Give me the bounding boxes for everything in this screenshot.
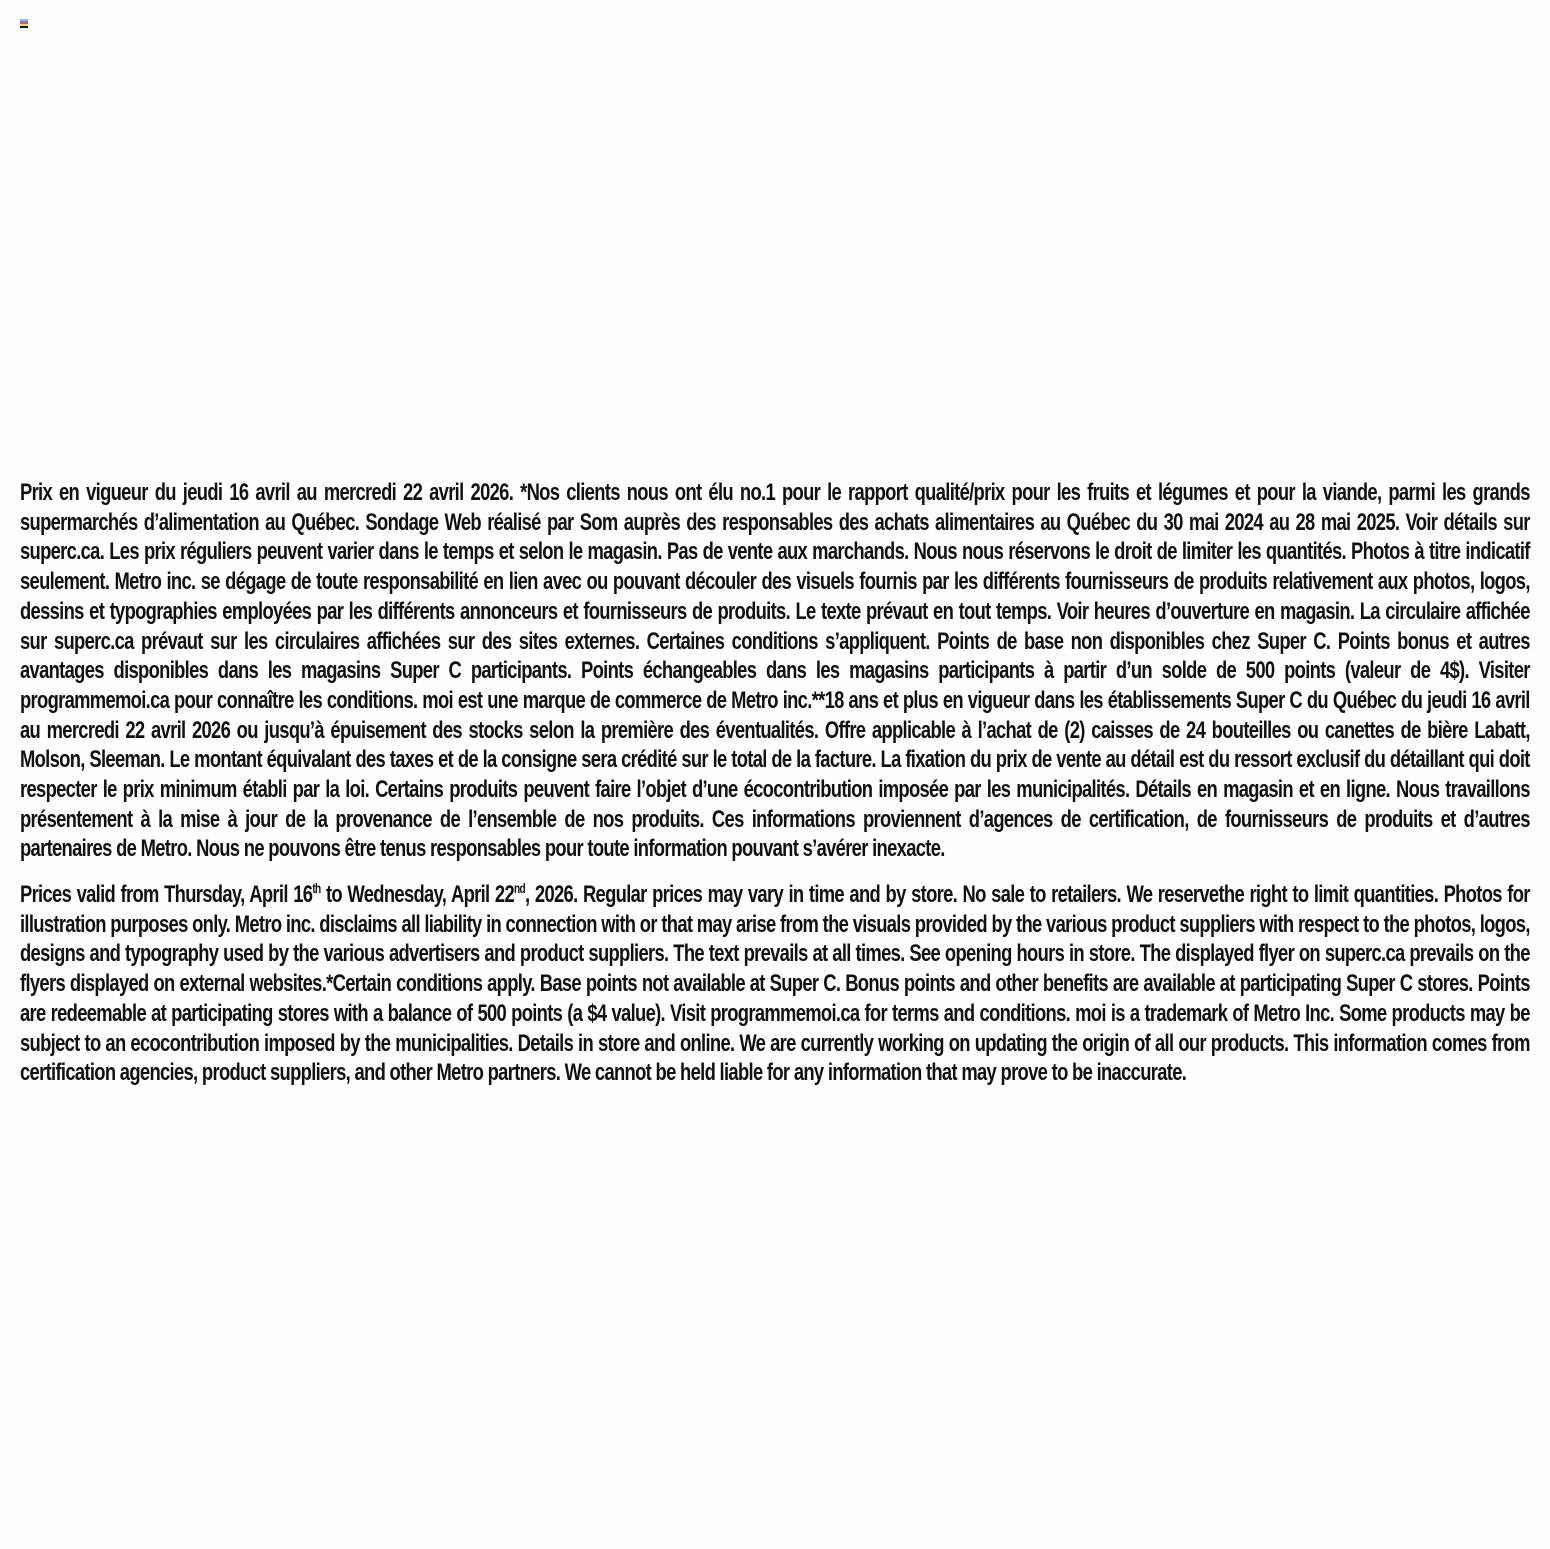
english-text-3: , 2026. Regular prices may vary in time … [20, 881, 1530, 1086]
ordinal-suffix-nd: nd [514, 881, 525, 896]
english-text-2: to Wednesday, April 22 [321, 881, 515, 908]
english-disclaimer-wrap: Prices valid from Thursday, April 16th t… [20, 880, 1530, 1110]
english-text-1: Prices valid from Thursday, April 16 [20, 881, 312, 908]
print-color-bar-icon [20, 19, 28, 28]
legal-disclaimer: Prix en vigueur du jeudi 16 avril au mer… [20, 478, 1530, 1110]
french-disclaimer: Prix en vigueur du jeudi 16 avril au mer… [20, 478, 1530, 864]
color-swatch-black [20, 26, 28, 28]
french-disclaimer-wrap: Prix en vigueur du jeudi 16 avril au mer… [20, 478, 1530, 864]
english-disclaimer: Prices valid from Thursday, April 16th t… [20, 880, 1530, 1088]
ordinal-suffix-th: th [312, 881, 320, 896]
